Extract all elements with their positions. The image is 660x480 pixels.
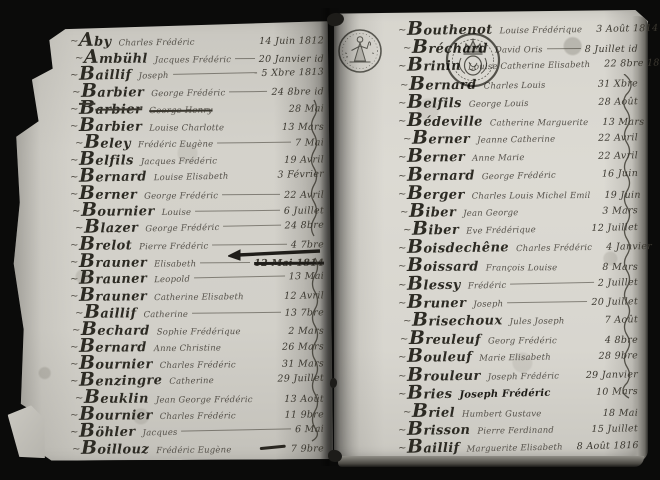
register-entry: BoillouzFrédéric Eugène7 9bre bbox=[70, 434, 324, 454]
entry-surname: Baillif bbox=[407, 435, 460, 458]
ruled-dash bbox=[173, 72, 258, 75]
ruled-dash bbox=[194, 276, 285, 279]
ruled-dash bbox=[555, 395, 592, 396]
entry-date: 3 Août 1814 bbox=[596, 23, 658, 35]
entry-date: 7 Août bbox=[605, 314, 639, 326]
entry-date: 7 9bre bbox=[291, 443, 324, 454]
register-entry: BelfilsGeorge Louis28 Août bbox=[398, 87, 638, 109]
register-entry: BrelotPierre Frédéric4 7bre bbox=[70, 230, 324, 250]
ruled-dash bbox=[540, 231, 588, 232]
ruled-dash bbox=[510, 282, 593, 285]
ruled-dash bbox=[223, 225, 280, 227]
entry-date: 28 Août bbox=[598, 96, 638, 108]
register-entry: BrisechouxJules Joseph7 Août bbox=[398, 305, 638, 327]
entry-date: 16 Juin bbox=[602, 167, 639, 179]
entry-given-names: Frédéric Eugène bbox=[156, 445, 231, 456]
entry-surname: Boillouz bbox=[81, 436, 149, 459]
register-entry: BaillifCatherine13 7bre bbox=[70, 298, 324, 318]
register-entry: BoisdechêneCharles Frédéric4 Janvier bbox=[398, 232, 638, 254]
register-entry: BarbierGeorge Henry28 Mai bbox=[70, 94, 324, 114]
entry-date: 22 8bre 1815 bbox=[604, 58, 660, 70]
ruled-dash bbox=[233, 178, 274, 179]
ruled-dash bbox=[182, 428, 292, 431]
ruled-dash bbox=[192, 312, 280, 314]
ruled-dash bbox=[533, 105, 595, 106]
scanned-register-spread: { "document": { "kind": "handwritten alp… bbox=[0, 0, 660, 480]
register-entry: BouthenotLouise Frédérique3 Août 1814 bbox=[398, 14, 638, 36]
entry-date: 10 Mars bbox=[596, 386, 638, 398]
left-page-entry-list: AbyCharles Frédéric14 Juin 1812AmbühlJac… bbox=[70, 29, 324, 454]
entry-date: 8 Août 1816 bbox=[577, 440, 639, 452]
ruled-dash bbox=[555, 359, 595, 360]
ruled-dash bbox=[222, 194, 280, 195]
ruled-dash bbox=[547, 48, 581, 49]
register-entry: BaillifMarguerite Elisabeth8 Août 1816 bbox=[398, 431, 638, 454]
ruled-dash bbox=[229, 91, 267, 92]
register-entry: AbyCharles Frédéric14 Juin 1812 bbox=[70, 26, 324, 46]
ruled-dash bbox=[218, 382, 274, 383]
ruled-dash bbox=[560, 176, 598, 177]
entry-given-names: Marguerite Elisabeth bbox=[467, 443, 563, 455]
entry-given-names: George Frédéric bbox=[482, 170, 556, 182]
ruled-dash bbox=[212, 244, 286, 246]
entry-date: 29 Juillet bbox=[277, 373, 324, 385]
ruled-dash bbox=[569, 323, 601, 324]
ruled-dash bbox=[507, 301, 587, 303]
right-page-entry-list: BouthenotLouise Frédérique3 Août 1814Bré… bbox=[398, 18, 638, 455]
ink-scribble bbox=[260, 445, 286, 451]
allegorical-figure-stamp-icon bbox=[336, 27, 384, 75]
entry-date: 3 Février bbox=[277, 169, 324, 181]
crowned-emblem-stamp-icon bbox=[443, 30, 503, 90]
page-stack-edge-bottom bbox=[338, 456, 644, 467]
ruled-dash bbox=[217, 142, 291, 144]
entry-date: 4 Janvier bbox=[606, 241, 652, 253]
